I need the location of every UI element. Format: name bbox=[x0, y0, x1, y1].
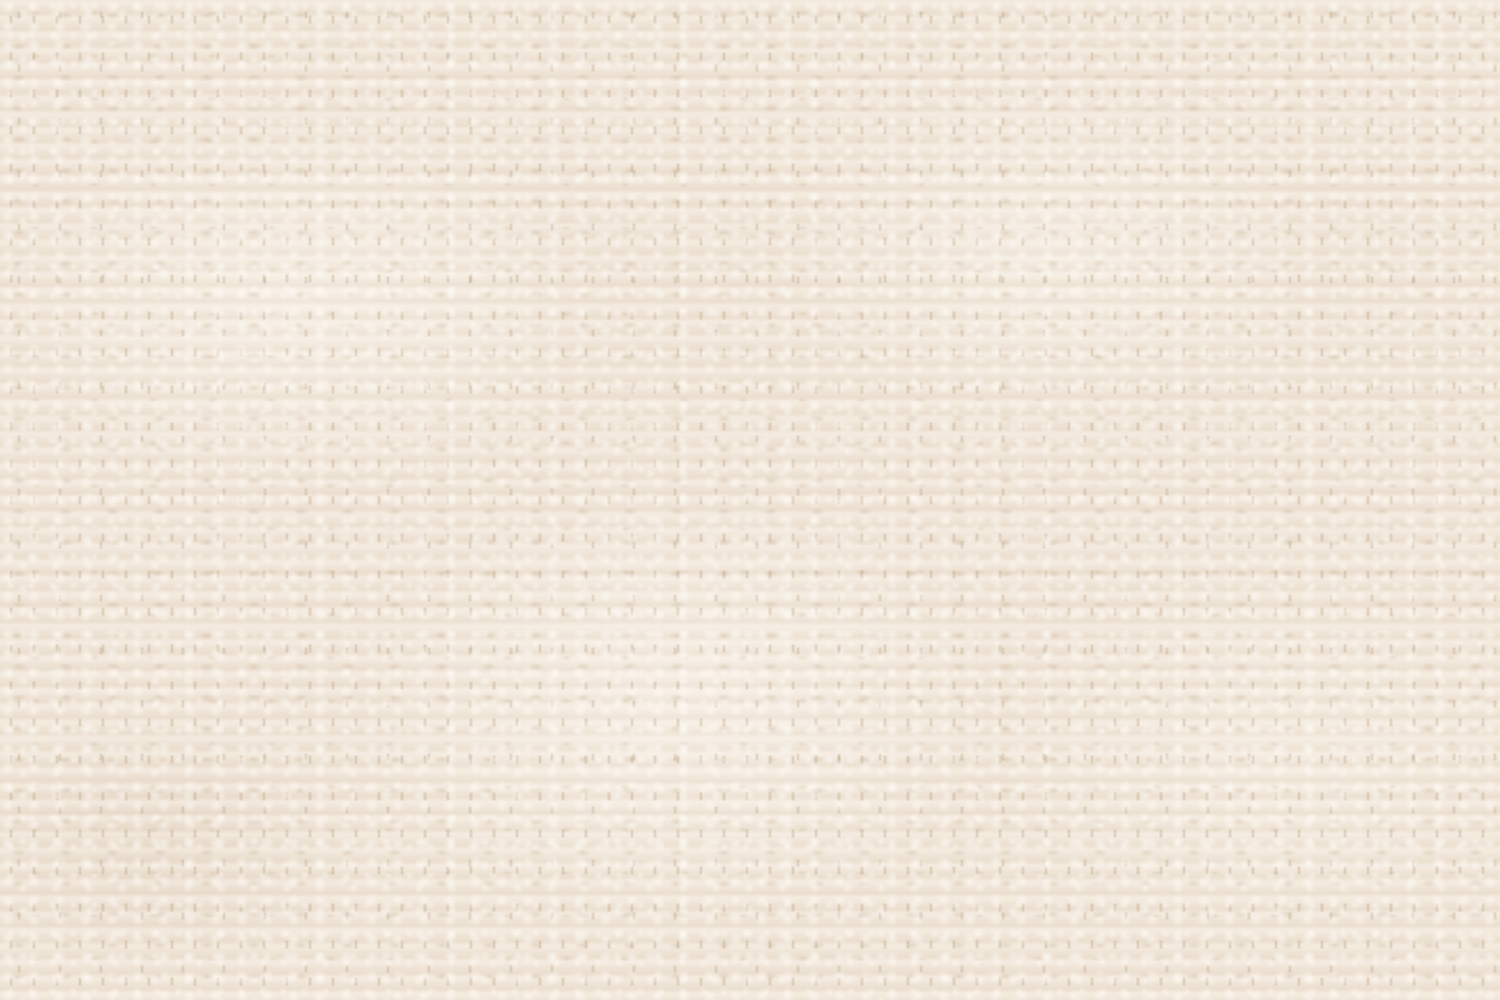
fabric-texture-photo bbox=[0, 0, 1500, 1000]
boucle-loops-layer bbox=[0, 0, 1500, 1000]
